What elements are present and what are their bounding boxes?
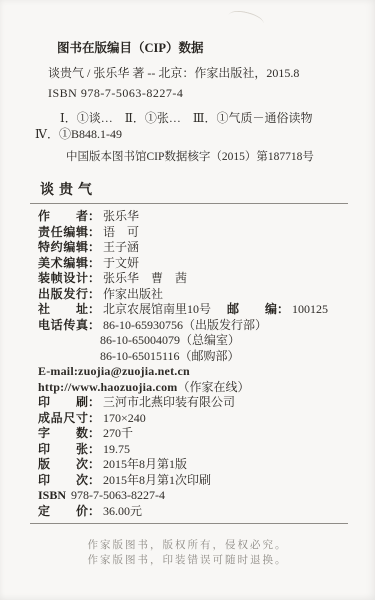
- colophon-row-art-editor: 美术编辑：于文妍: [38, 256, 358, 272]
- field-label-address: 社址: [38, 302, 88, 318]
- colophon-row-word-count: 字数：270千: [38, 426, 358, 442]
- field-value-impression: 2015年8月第1次印刷: [103, 473, 211, 487]
- colon: ：: [88, 504, 100, 518]
- field-label-editor: 责任编辑: [38, 225, 88, 241]
- colophon-row-price: 定价：36.00元: [38, 504, 358, 520]
- colophon-block: 作者：张乐华 责任编辑：语 可 特约编辑：王子涵 美术编辑：于文妍 装帧设计：张…: [38, 209, 358, 519]
- colophon-row-printer: 印刷：三河市北燕印装有限公司: [38, 395, 358, 411]
- field-label-phone: 电话传真: [38, 318, 88, 334]
- email-address: E-mail:zuojia@zuojia.net.cn: [38, 364, 190, 378]
- field-label-word-count: 字数: [38, 426, 88, 442]
- book-title-heading: 谈贵气: [40, 184, 97, 198]
- cip-isbn: ISBN 978-7-5063-8227-4: [48, 86, 183, 100]
- colophon-row-size: 成品尺寸：170×240: [38, 411, 358, 427]
- field-label-design: 装帧设计: [38, 271, 88, 287]
- field-value-edition: 2015年8月第1版: [103, 457, 187, 471]
- field-value-phone-1: 86-10-65930756（出版发行部）: [103, 318, 267, 332]
- field-value-editor: 语 可: [103, 225, 139, 239]
- colon: ：: [277, 302, 289, 316]
- colon: ：: [88, 302, 100, 316]
- colophon-row-email: E-mail:zuojia@zuojia.net.cn: [38, 364, 358, 380]
- colophon-row-address: 社址：北京农展馆南里10号 邮编：100125: [38, 302, 358, 318]
- cip-classification-line1: Ⅰ．①谈… Ⅱ．①张… Ⅲ．①气质－通俗读物: [60, 111, 312, 125]
- copyright-page: 图书在版编目（CIP）数据 谈贵气 / 张乐华 著 -- 北京：作家出版社，20…: [0, 0, 375, 600]
- field-label-author: 作者: [38, 209, 88, 225]
- divider-top: [30, 203, 348, 204]
- field-value-art-editor: 于文妍: [103, 256, 139, 270]
- colophon-row-publisher: 出版发行：作家出版社: [38, 287, 358, 303]
- field-label-edition: 版次: [38, 457, 88, 473]
- field-value-address: 北京农展馆南里10号: [103, 302, 211, 316]
- field-label-impression: 印次: [38, 473, 88, 489]
- field-label-size: 成品尺寸: [38, 411, 88, 427]
- field-label-special-editor: 特约编辑: [38, 240, 88, 256]
- colophon-row-isbn: ISBN978-7-5063-8227-4: [38, 488, 358, 504]
- colon: ：: [88, 473, 100, 487]
- colophon-row-design: 装帧设计：张乐华 曹 茜: [38, 271, 358, 287]
- copyright-notice: 作家版图书，版权所有，侵权必究。: [0, 537, 375, 552]
- colon: ：: [88, 457, 100, 471]
- divider-bottom: [30, 523, 348, 524]
- colophon-row-phone-2: 86-10-65004079（总编室）: [38, 333, 358, 349]
- colon: ：: [88, 411, 100, 425]
- colophon-row-impression: 印次：2015年8月第1次印刷: [38, 473, 358, 489]
- colophon-row-author: 作者：张乐华: [38, 209, 358, 225]
- field-value-postcode: 100125: [292, 302, 328, 316]
- colon: ：: [88, 209, 100, 223]
- colon: ：: [88, 442, 100, 456]
- colon: ：: [88, 426, 100, 440]
- colophon-row-phone-3: 86-10-65015116（邮购部）: [38, 349, 358, 365]
- field-value-author: 张乐华: [103, 209, 139, 223]
- colophon-row-sheets: 印张：19.75: [38, 442, 358, 458]
- field-label-art-editor: 美术编辑: [38, 256, 88, 272]
- colophon-row-edition: 版次：2015年8月第1版: [38, 457, 358, 473]
- field-label-postcode: 邮编: [227, 302, 277, 318]
- cip-title: 图书在版编目（CIP）数据: [57, 41, 204, 55]
- field-label-price: 定价: [38, 504, 88, 520]
- cip-record-number: 中国版本图书馆CIP数据核字（2015）第187718号: [66, 150, 314, 164]
- field-value-phone-2: 86-10-65004079（总编室）: [100, 333, 240, 347]
- field-value-design: 张乐华 曹 茜: [103, 271, 187, 285]
- colon: ：: [88, 240, 100, 254]
- field-label-sheets: 印张: [38, 442, 88, 458]
- website-url: http://www.haozuojia.com: [38, 380, 177, 394]
- colon: ：: [88, 271, 100, 285]
- return-policy-notice: 作家版图书，印装错误可随时退换。: [0, 552, 375, 567]
- colon: ：: [88, 395, 100, 409]
- field-label-printer: 印刷: [38, 395, 88, 411]
- field-label-publisher: 出版发行: [38, 287, 88, 303]
- field-value-phone-3: 86-10-65015116（邮购部）: [100, 349, 240, 363]
- field-value-size: 170×240: [103, 411, 146, 425]
- field-value-publisher: 作家出版社: [103, 287, 163, 301]
- colon: ：: [88, 225, 100, 239]
- cip-classification-line2: Ⅳ．①B848.1-49: [35, 127, 122, 141]
- scan-artifact-mark: [227, 8, 266, 31]
- field-value-price: 36.00元: [103, 504, 142, 518]
- field-value-word-count: 270千: [103, 426, 133, 440]
- website-note: （作家在线）: [177, 380, 249, 394]
- colophon-row-website: http://www.haozuojia.com（作家在线）: [38, 380, 358, 396]
- colophon-row-special-editor: 特约编辑：王子涵: [38, 240, 358, 256]
- field-label-isbn: ISBN: [38, 488, 71, 504]
- cip-description: 谈贵气 / 张乐华 著 -- 北京：作家出版社，2015.8: [48, 66, 299, 80]
- field-value-sheets: 19.75: [103, 442, 130, 456]
- field-value-printer: 三河市北燕印装有限公司: [103, 395, 235, 409]
- field-value-special-editor: 王子涵: [103, 240, 139, 254]
- colon: ：: [88, 318, 100, 332]
- colon: ：: [88, 256, 100, 270]
- postcode-pair: 邮编：100125: [227, 302, 328, 318]
- field-value-isbn: 978-7-5063-8227-4: [71, 488, 165, 502]
- colophon-row-editor: 责任编辑：语 可: [38, 225, 358, 241]
- colophon-row-phone: 电话传真：86-10-65930756（出版发行部）: [38, 318, 358, 334]
- colon: ：: [88, 287, 100, 301]
